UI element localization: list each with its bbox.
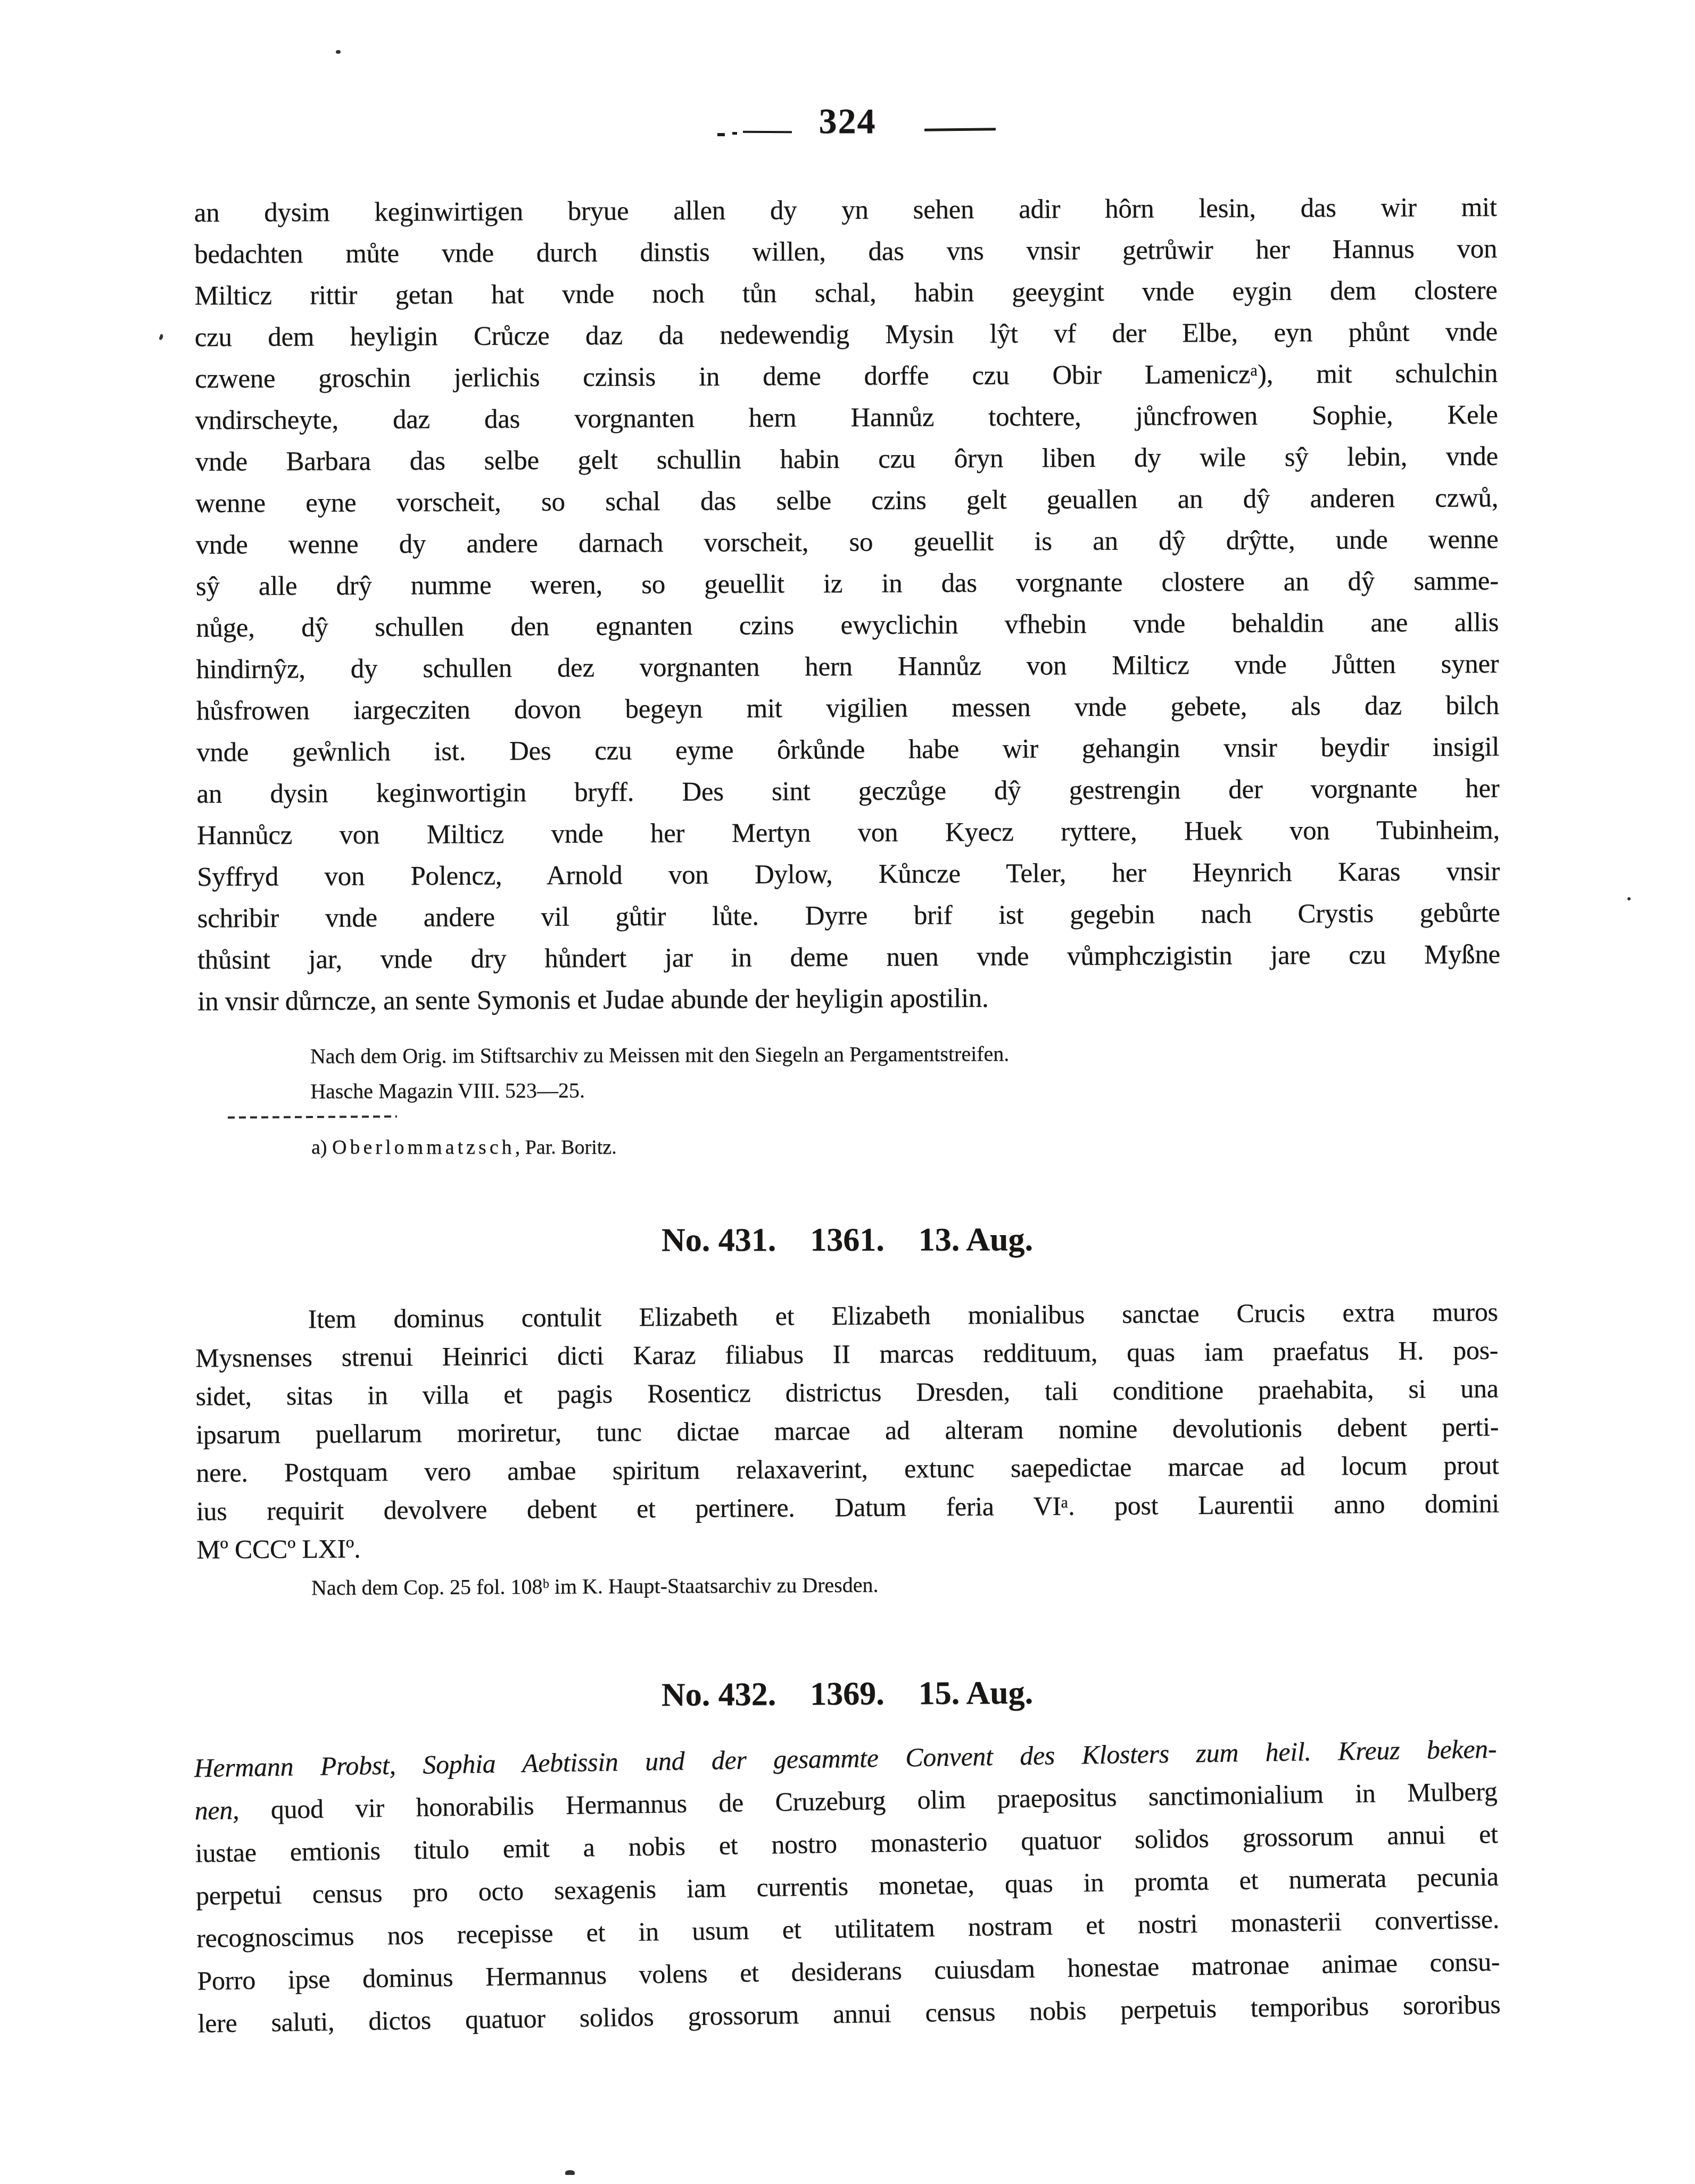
charter-text-line: vnde geẘnlich ist. Des czu eyme ôrkůnde …: [196, 726, 1499, 774]
footnote-text: , Par. Boritz.: [515, 1136, 617, 1159]
ornament-dash-left-line: [743, 131, 792, 134]
charter-text-paragraph: an dysim keginwirtigen bryue allen dy yn…: [194, 187, 1501, 1023]
ink-speck: [1627, 897, 1631, 900]
charter-text-line: czwene groschin jerlichis czinsis in dem…: [195, 353, 1498, 400]
page-number: 324: [0, 100, 1695, 142]
entry-432-text: Hermann Probst, Sophia Aebtissin und der…: [194, 1727, 1501, 2045]
footnote-separator-rule: [228, 1115, 397, 1119]
charter-text-line: sŷ alle drŷ numme weren, so geuellit iz …: [196, 560, 1499, 608]
entry-431-year: 1361.: [810, 1222, 884, 1258]
charter-text-line: nůge, dŷ schullen den egnanten czins ewy…: [196, 602, 1499, 649]
ink-speck: [336, 50, 341, 54]
entry-431-line: ius requirit devolvere debent et pertine…: [196, 1484, 1499, 1531]
charter-text-line: Milticz rittir getan hat vnde noch tůn s…: [194, 270, 1497, 317]
entry-432-regest-italic: nen,: [194, 1795, 239, 1825]
ornament-dash-left-dot-1: [717, 133, 725, 136]
provenance-note-line: Nach dem Orig. im Stiftsarchiv zu Meisse…: [310, 1035, 1497, 1074]
charter-text-line: hindirnŷz, dy schullen dez vorgnanten he…: [196, 643, 1499, 691]
entry-431-line: Mº CCCº LXIº.: [196, 1523, 1499, 1569]
footnote-place-name: Oberlommatzsch: [332, 1136, 515, 1159]
charter-text-line: Hannůcz von Milticz vnde her Mertyn von …: [197, 809, 1500, 857]
provenance-note-line: Hasche Magazin VIII. 523—25.: [310, 1070, 1497, 1109]
scanned-book-page: 324 an dysim keginwirtigen bryue allen d…: [0, 0, 1695, 2184]
charter-text-line: in vnsir důrncze, an sente Symonis et Ju…: [197, 975, 1500, 1023]
charter-text-line: schribir vnde andere vil gůtir lůte. Dyr…: [197, 892, 1500, 940]
footnote: a) Oberlommatzsch, Par. Boritz.: [311, 1132, 1482, 1162]
charter-text-line: an dysin keginwortigin bryff. Des sint g…: [196, 768, 1499, 815]
charter-text-line: vnde wenne dy andere darnach vorscheit, …: [195, 519, 1498, 566]
ink-speck: [159, 334, 163, 340]
entry-431-text: Item dominus contulit Elizabeth et Eliza…: [195, 1293, 1499, 1569]
footnote-marker: a): [311, 1136, 327, 1159]
entry-432-heading: No. 432.1369.15. Aug.: [196, 1672, 1499, 1717]
charter-text-line: bedachten můte vnde durch dinstis willen…: [194, 228, 1497, 276]
provenance-note: Nach dem Orig. im Stiftsarchiv zu Meisse…: [310, 1035, 1497, 1109]
entry-432-number: No. 432.: [662, 1676, 776, 1713]
charter-text-line: an dysim keginwirtigen bryue allen dy yn…: [194, 187, 1497, 234]
entry-432-date: 15. Aug.: [919, 1675, 1033, 1711]
charter-text-line: wenne eyne vorscheit, so schal das selbe…: [195, 477, 1498, 525]
charter-text-line: vndirscheyte, daz das vorgnanten hern Ha…: [195, 394, 1498, 442]
charter-text-line: hůsfrowen iargecziten dovon begeyn mit v…: [196, 685, 1499, 732]
charter-text-line: czu dem heyligin Crůcze daz da nedewendi…: [195, 311, 1498, 359]
entry-431-number: No. 431.: [662, 1222, 776, 1258]
ornament-dash-left-dot-2: [732, 132, 737, 135]
entry-431-heading: No. 431.1361.13. Aug.: [196, 1220, 1499, 1260]
charter-text-line: Syffryd von Polencz, Arnold von Dylow, K…: [197, 851, 1500, 898]
charter-text-line: vnde Barbara das selbe gelt schullin hab…: [195, 436, 1498, 483]
charter-text-line: thůsint jar, vnde dry hůndert jar in dem…: [197, 934, 1500, 981]
ink-speck: [565, 2170, 575, 2175]
entry-431-source: Nach dem Cop. 25 fol. 108ᵇ im K. Haupt-S…: [311, 1566, 1498, 1604]
entry-431-date: 13. Aug.: [919, 1221, 1033, 1258]
entry-432-year: 1369.: [810, 1676, 884, 1713]
